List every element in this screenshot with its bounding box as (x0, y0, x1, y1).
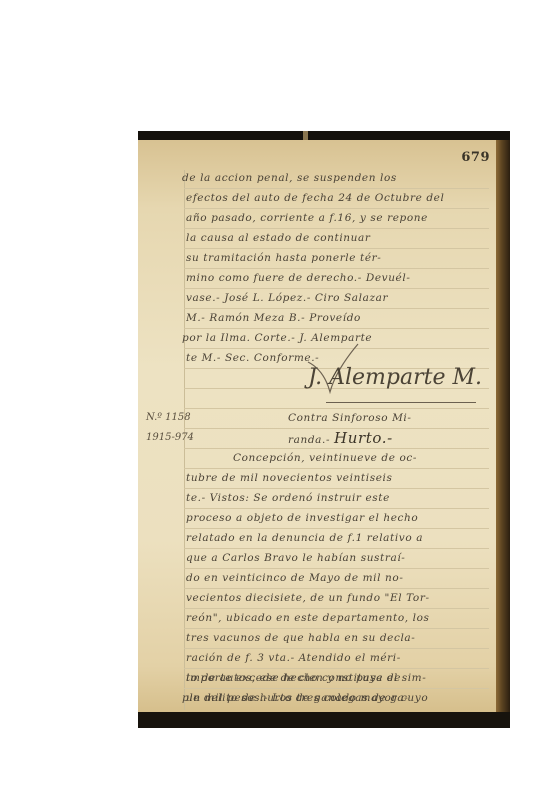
case-heading-cont: randa.- Hurto.- (288, 428, 488, 448)
document-photo: 679 de la accion penal, se suspenden los… (138, 131, 510, 728)
offense-title: Hurto.- (334, 429, 393, 447)
text-line: tres vacunos de que habla en su decla- (186, 628, 491, 648)
signature: J. Alemparte M. (308, 358, 483, 398)
signature-underline (326, 402, 476, 403)
text-line: do en veinticinco de Mayo de mil no- (186, 568, 491, 588)
text-line: importe excede de cien y no pasa de (186, 668, 491, 688)
text-line: relatado en la denuncia de f.1 relativo … (186, 528, 491, 548)
scan-glint (303, 131, 308, 140)
text-line: su tramitación hasta ponerle tér- (186, 248, 491, 268)
text-line: un mil pesos.- Los tres colegas de ga- (186, 688, 491, 708)
page-number: 679 (461, 150, 490, 165)
text-line: M.- Ramón Meza B.- Proveído (186, 308, 491, 328)
text-line: mino como fuere de derecho.- Devuél- (186, 268, 491, 288)
text-line: año pasado, corriente a f.16, y se repon… (186, 208, 491, 228)
text-line: Concepción, veintinueve de oc- (233, 448, 488, 468)
text-line: la causa al estado de continuar (186, 228, 491, 248)
text-line: vecientos diecisiete, de un fundo "El To… (186, 588, 491, 608)
scan-top-border (138, 131, 510, 140)
book-binding (496, 140, 510, 712)
case-reference: 1915-974 (146, 428, 226, 448)
page-footer-lines: importe excede de cien y no pasa de un m… (186, 688, 491, 728)
text-line: tubre de mil novecientos veintiseis (186, 468, 491, 488)
text-line: de la accion penal, se suspenden los (182, 168, 487, 188)
case-heading: Contra Sinforoso Mi- (288, 408, 488, 428)
text-line: efectos del auto de fecha 24 de Octubre … (186, 188, 491, 208)
case-number: N.º 1158 (146, 408, 226, 428)
text-line: te.- Vistos: Se ordenó instruir este (186, 488, 491, 508)
text-line: reón", ubicado en este departamento, los (186, 608, 491, 628)
text-line: proceso a objeto de investigar el hecho (186, 508, 491, 528)
heading-fragment: randa.- (288, 434, 334, 446)
text-line: ración de f. 3 vta.- Atendido el méri- (186, 648, 491, 668)
text-line: que a Carlos Bravo le habían sustraí- (186, 548, 491, 568)
text-line: vase.- José L. López.- Ciro Salazar (186, 288, 491, 308)
ledger-page: 679 de la accion penal, se suspenden los… (138, 140, 498, 712)
